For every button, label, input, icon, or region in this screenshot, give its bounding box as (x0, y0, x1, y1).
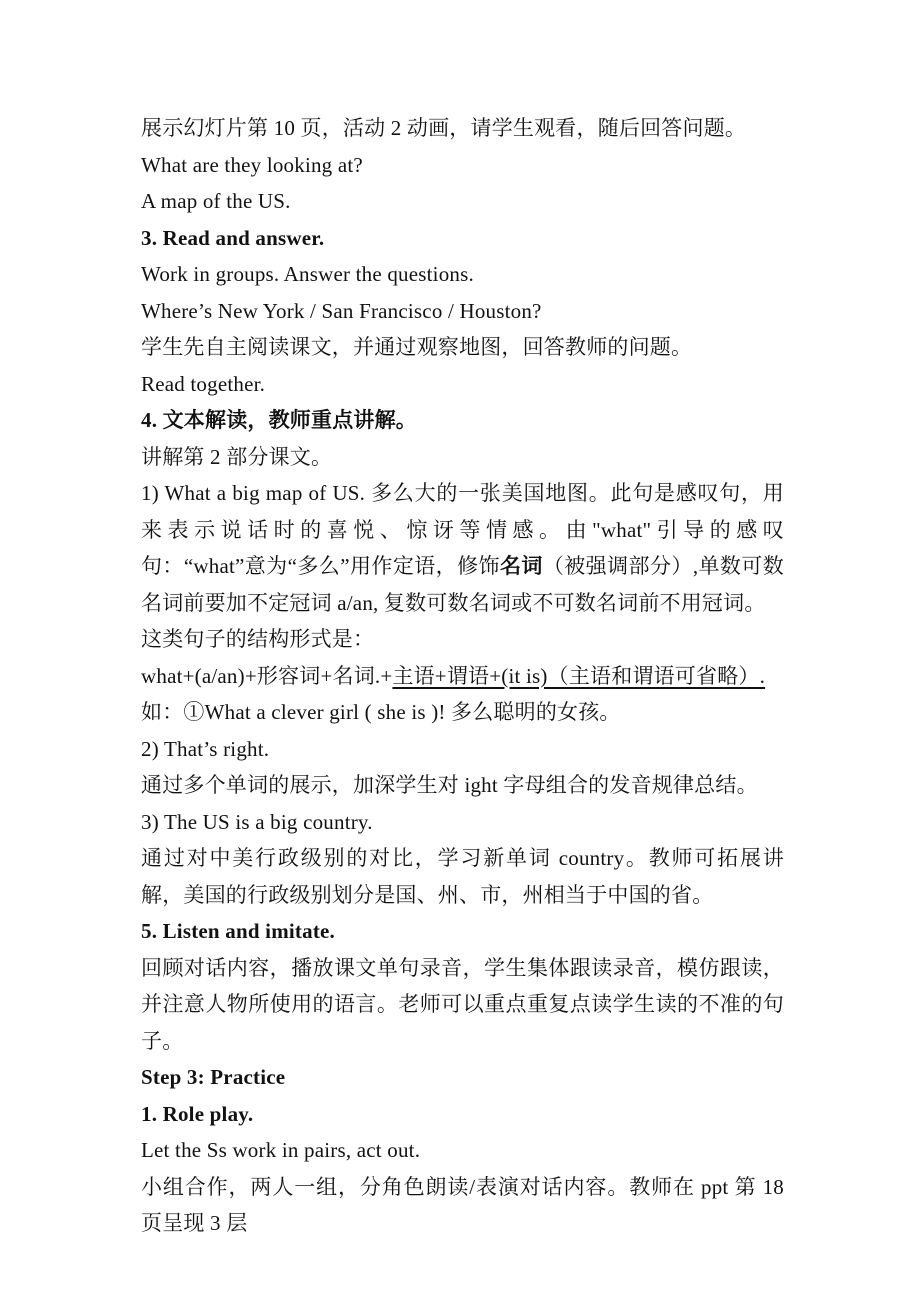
body-paragraph: Where’s New York / San Francisco / Houst… (141, 293, 784, 330)
body-paragraph: what+(a/an)+形容词+名词.+主语+谓语+(it is)（主语和谓语可… (141, 658, 784, 695)
body-paragraph: What are they looking at? (141, 147, 784, 184)
text-run: 3) The US is a big country. (141, 810, 373, 834)
text-run: 讲解第 2 部分课文。 (141, 445, 332, 469)
document-body: 展示幻灯片第 10 页，活动 2 动画，请学生观看，随后回答问题。What ar… (141, 110, 784, 1242)
text-run: A map of the US. (141, 189, 291, 213)
body-paragraph: 通过对中美行政级别的对比，学习新单词 country。教师可拓展讲解，美国的行政… (141, 840, 784, 913)
body-paragraph: A map of the US. (141, 183, 784, 220)
body-paragraph: 通过多个单词的展示，加深学生对 ight 字母组合的发音规律总结。 (141, 767, 784, 804)
text-run: what+(a/an)+形容词+名词.+ (141, 664, 392, 688)
body-paragraph: Let the Ss work in pairs, act out. (141, 1132, 784, 1169)
text-run: 主语+谓语+(it is)（主语和谓语可省略）. (392, 664, 765, 688)
text-run: 4. 文本解读，教师重点讲解。 (141, 408, 417, 432)
body-paragraph: Read together. (141, 366, 784, 403)
text-run: Let the Ss work in pairs, act out. (141, 1138, 420, 1162)
heading-paragraph: 4. 文本解读，教师重点讲解。 (141, 402, 784, 439)
body-paragraph: 回顾对话内容，播放课文单句录音，学生集体跟读录音，模仿跟读，并注意人物所使用的语… (141, 950, 784, 1060)
body-paragraph: 如：①What a clever girl ( she is )! 多么聪明的女… (141, 694, 784, 731)
text-run: 1. Role play. (141, 1102, 253, 1126)
text-run: 名词 (500, 554, 543, 578)
text-run: 这类句子的结构形式是： (141, 627, 374, 651)
document-page: 展示幻灯片第 10 页，活动 2 动画，请学生观看，随后回答问题。What ar… (0, 0, 920, 1302)
text-run: 2) That’s right. (141, 737, 269, 761)
body-paragraph: 讲解第 2 部分课文。 (141, 439, 784, 476)
body-paragraph: 3) The US is a big country. (141, 804, 784, 841)
text-run: 通过多个单词的展示，加深学生对 ight 字母组合的发音规律总结。 (141, 773, 758, 797)
body-paragraph: Work in groups. Answer the questions. (141, 256, 784, 293)
text-run: Read together. (141, 372, 265, 396)
text-run: Where’s New York / San Francisco / Houst… (141, 299, 542, 323)
text-run: 如：①What a clever girl ( she is )! 多么聪明的女… (141, 700, 621, 724)
body-paragraph: 1) What a big map of US. 多么大的一张美国地图。此句是感… (141, 475, 784, 621)
text-run: 学生先自主阅读课文，并通过观察地图，回答教师的问题。 (141, 335, 692, 359)
text-run: 小组合作，两人一组，分角色朗读/表演对话内容。教师在 ppt 第 18 页呈现 … (141, 1175, 784, 1236)
text-run: Step 3: Practice (141, 1065, 285, 1089)
heading-paragraph: 1. Role play. (141, 1096, 784, 1133)
heading-paragraph: 5. Listen and imitate. (141, 913, 784, 950)
heading-paragraph: Step 3: Practice (141, 1059, 784, 1096)
text-run: What are they looking at? (141, 153, 363, 177)
text-run: Work in groups. Answer the questions. (141, 262, 474, 286)
text-run: 通过对中美行政级别的对比，学习新单词 country。教师可拓展讲解，美国的行政… (141, 846, 784, 907)
text-run: 回顾对话内容，播放课文单句录音，学生集体跟读录音，模仿跟读，并注意人物所使用的语… (141, 956, 784, 1053)
text-run: 展示幻灯片第 10 页，活动 2 动画，请学生观看，随后回答问题。 (141, 116, 746, 140)
text-run: 3. Read and answer. (141, 226, 324, 250)
body-paragraph: 学生先自主阅读课文，并通过观察地图，回答教师的问题。 (141, 329, 784, 366)
body-paragraph: 2) That’s right. (141, 731, 784, 768)
text-run: 5. Listen and imitate. (141, 919, 335, 943)
body-paragraph: 小组合作，两人一组，分角色朗读/表演对话内容。教师在 ppt 第 18 页呈现 … (141, 1169, 784, 1242)
body-paragraph: 展示幻灯片第 10 页，活动 2 动画，请学生观看，随后回答问题。 (141, 110, 784, 147)
body-paragraph: 这类句子的结构形式是： (141, 621, 784, 658)
heading-paragraph: 3. Read and answer. (141, 220, 784, 257)
